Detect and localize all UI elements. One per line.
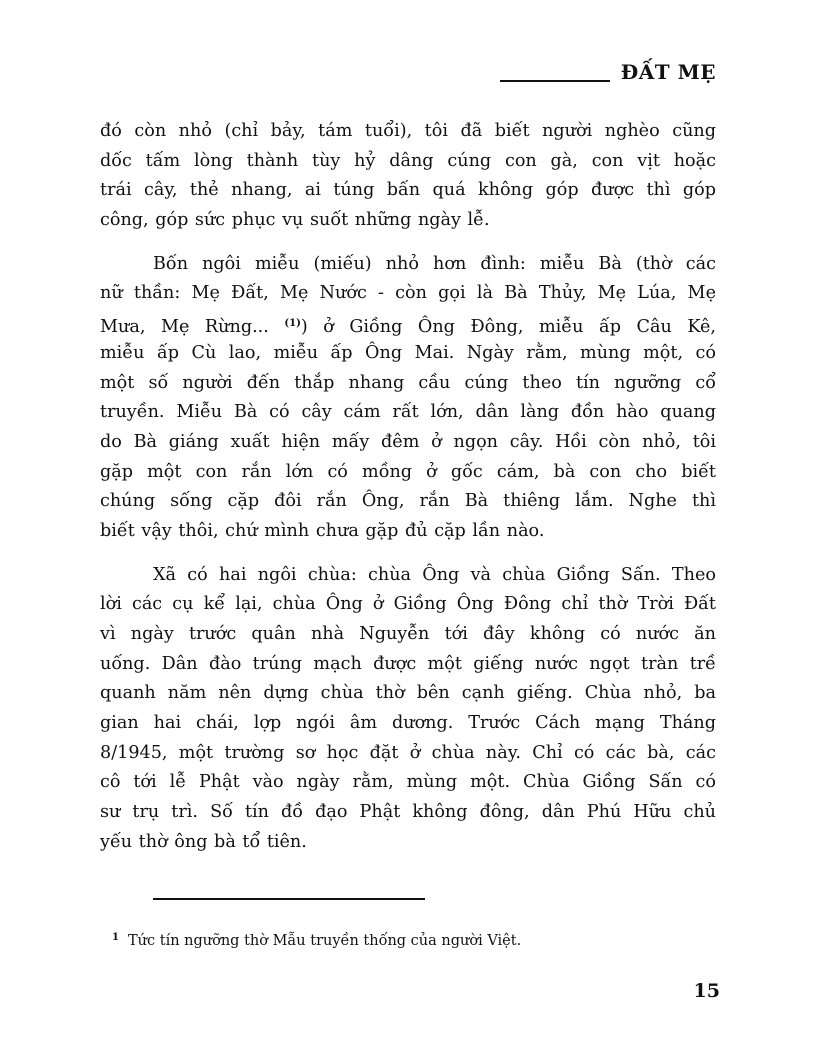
body-text: đó còn nhỏ (chỉ bảy, tám tuổi), tôi đã b… bbox=[100, 117, 716, 872]
text-line: công, góp sức phục vụ suốt những ngày lễ… bbox=[100, 206, 716, 236]
text-line: yếu thờ ông bà tổ tiên. bbox=[100, 828, 716, 858]
text-line: sư trụ trì. Số tín đồ đạo Phật không đôn… bbox=[100, 798, 716, 828]
text-line: dốc tấm lòng thành tùy hỷ dâng cúng con … bbox=[100, 147, 716, 177]
text-line: gian hai chái, lợp ngói âm dương. Trước … bbox=[100, 709, 716, 739]
text-segment: Mưa, Mẹ Rừng... bbox=[100, 317, 269, 337]
running-header: ĐẤT MẸ bbox=[500, 58, 716, 88]
footnote-marker: 1 bbox=[112, 926, 128, 950]
text-line: truyền. Miễu Bà có cây cám rất lớn, dân … bbox=[100, 398, 716, 428]
text-line: biết vậy thôi, chứ mình chưa gặp đủ cặp … bbox=[100, 517, 716, 547]
text-segment: ở Giồng Ông Đông, miễu ấp Câu Kê, bbox=[323, 317, 716, 337]
text-line: vì ngày trước quân nhà Nguyễn tới đây kh… bbox=[100, 620, 716, 650]
text-line: miễu ấp Cù lao, miễu ấp Ông Mai. Ngày rằ… bbox=[100, 339, 716, 369]
text-line: cô tới lễ Phật vào ngày rằm, mùng một. C… bbox=[100, 768, 716, 798]
footnote-1: 1Tức tín ngưỡng thờ Mẫu truyền thống của… bbox=[112, 926, 712, 953]
footnote-separator bbox=[153, 898, 425, 900]
text-segment: ) bbox=[301, 317, 308, 337]
text-line: Xã có hai ngôi chùa: chùa Ông và chùa Gi… bbox=[100, 561, 716, 591]
text-line: chúng sống cặp đôi rắn Ông, rắn Bà thiên… bbox=[100, 487, 716, 517]
paragraph-2: Bốn ngôi miễu (miếu) nhỏ hơn đình: miễu … bbox=[100, 250, 716, 547]
running-title: ĐẤT MẸ bbox=[621, 58, 716, 86]
text-line: uống. Dân đào trúng mạch được một giếng … bbox=[100, 650, 716, 680]
paragraph-1: đó còn nhỏ (chỉ bảy, tám tuổi), tôi đã b… bbox=[100, 117, 716, 236]
text-line: lời các cụ kể lại, chùa Ông ở Giồng Ông … bbox=[100, 590, 716, 620]
footnote-text: Tức tín ngưỡng thờ Mẫu truyền thống của … bbox=[128, 933, 521, 949]
text-line: Bốn ngôi miễu (miếu) nhỏ hơn đình: miễu … bbox=[100, 250, 716, 280]
paragraph-3: Xã có hai ngôi chùa: chùa Ông và chùa Gi… bbox=[100, 561, 716, 858]
text-line: do Bà giáng xuất hiện mấy đêm ở ngọn cây… bbox=[100, 428, 716, 458]
footnote-reference[interactable]: (1) bbox=[284, 318, 300, 329]
text-line: quanh năm nên dựng chùa thờ bên cạnh giế… bbox=[100, 679, 716, 709]
page-number: 15 bbox=[690, 978, 720, 1004]
text-line: một số người đến thắp nhang cầu cúng the… bbox=[100, 369, 716, 399]
text-line: gặp một con rắn lớn có mồng ở gốc cám, b… bbox=[100, 458, 716, 488]
text-line: 8/1945, một trường sơ học đặt ở chùa này… bbox=[100, 739, 716, 769]
header-rule bbox=[500, 80, 610, 82]
text-line: đó còn nhỏ (chỉ bảy, tám tuổi), tôi đã b… bbox=[100, 117, 716, 147]
text-line: Mưa, Mẹ Rừng... (1)) ở Giồng Ông Đông, m… bbox=[100, 309, 716, 339]
text-line: nữ thần: Mẹ Đất, Mẹ Nước - còn gọi là Bà… bbox=[100, 279, 716, 309]
text-line: trái cây, thẻ nhang, ai túng bấn quá khô… bbox=[100, 176, 716, 206]
